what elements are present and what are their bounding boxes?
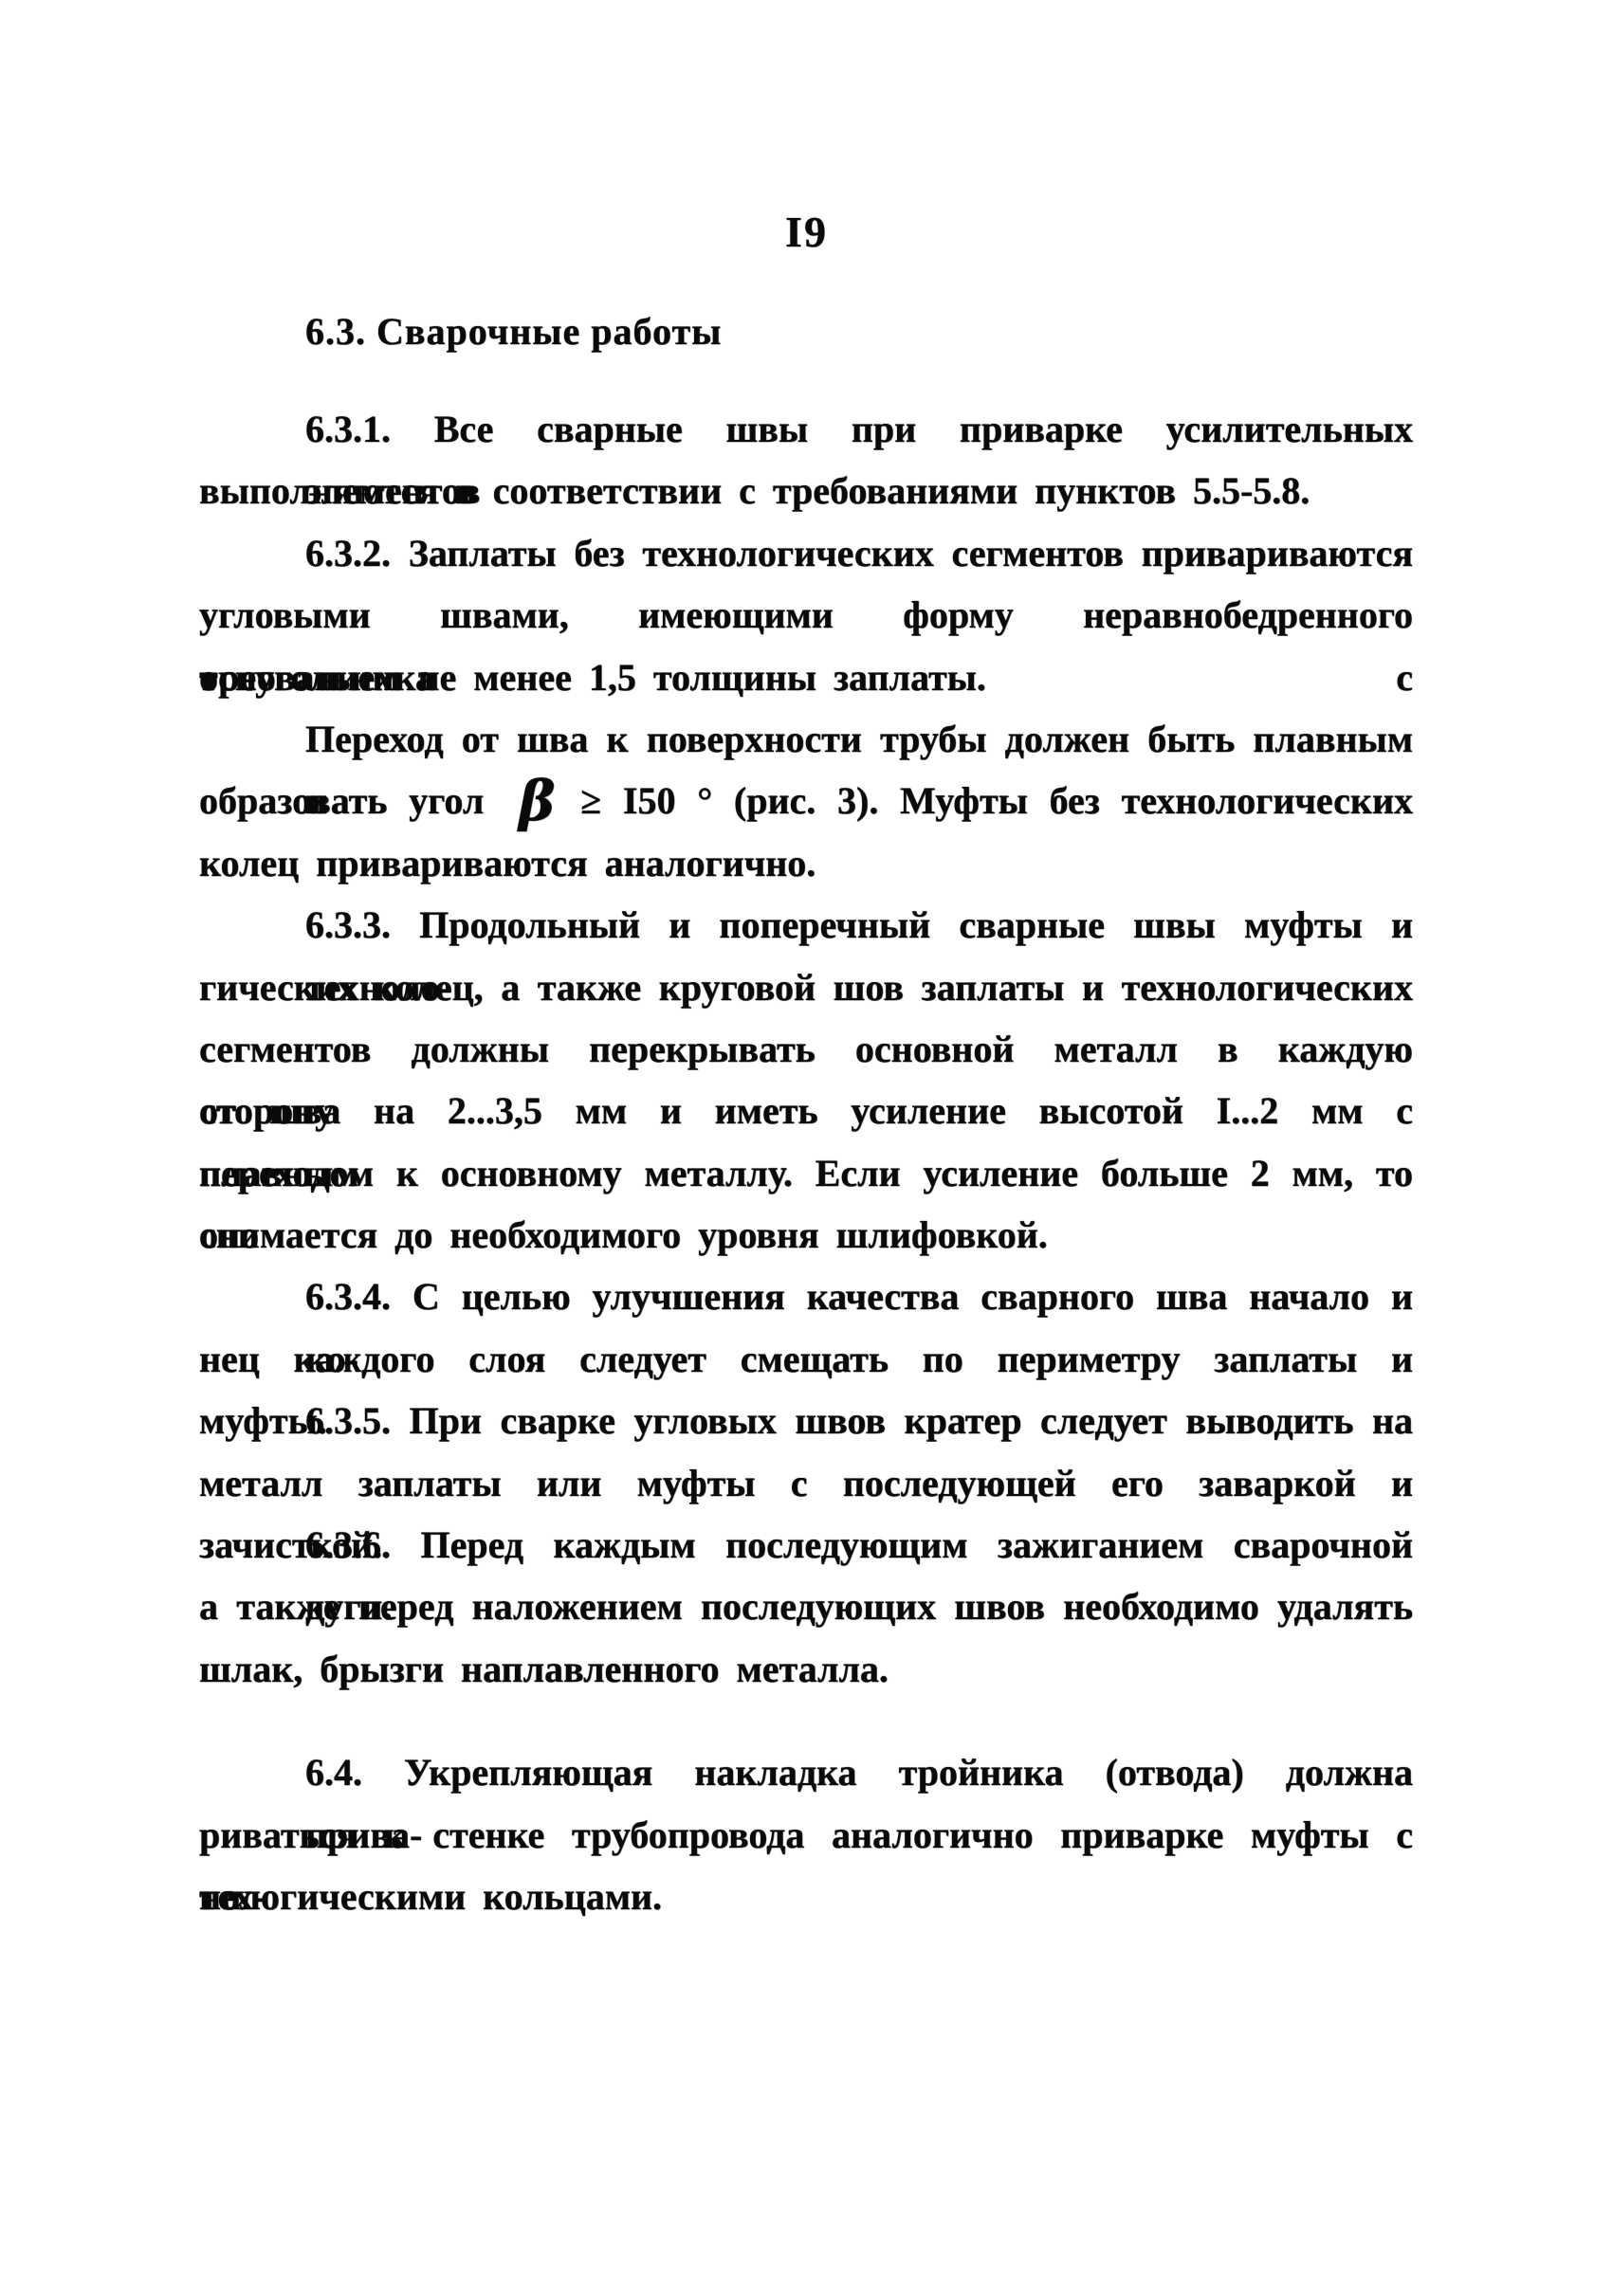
section-heading: 6.3. Сварочные работы	[305, 309, 722, 354]
page-number: I9	[0, 207, 1613, 257]
text-line: колец привариваются аналогично.	[199, 832, 1413, 894]
text-line: 6.3.6. Перед каждым последующим зажигани…	[199, 1514, 1413, 1576]
document-body: 6.3.1. Все сварные швы при приварке усил…	[199, 398, 1413, 1927]
text-line: переходом к основному металлу. Если усил…	[199, 1142, 1413, 1204]
text-line: 6.3.4. С целью улучшения качества сварно…	[199, 1266, 1413, 1327]
formula-prefix: образовать угол	[199, 779, 484, 822]
text-line: металл заплаты или муфты с последующей е…	[199, 1452, 1413, 1514]
text-line: снимается до необходимого уровня шлифовк…	[199, 1204, 1413, 1266]
text-line: риваться к стенке трубопровода аналогичн…	[199, 1804, 1413, 1866]
text-line: а также перед наложением последующих шво…	[199, 1576, 1413, 1637]
text-line: нец каждого слоя следует смещать по пери…	[199, 1328, 1413, 1390]
text-line: 6.3.3. Продольный и поперечный сварные ш…	[199, 894, 1413, 956]
text-line: нологическими кольцами.	[199, 1866, 1413, 1927]
formula-suffix: ≥ I50 ° (рис. 3). Муфты без технологичес…	[580, 779, 1413, 822]
scanned-document-page: I9 6.3. Сварочные работы 6.3.1. Все свар…	[0, 0, 1613, 2296]
text-line: угловыми швами, имеющими форму неравнобе…	[199, 584, 1413, 646]
text-line: 6.3.1. Все сварные швы при приварке усил…	[199, 398, 1413, 460]
text-line: от шва на 2...3,5 мм и иметь усиление вы…	[199, 1080, 1413, 1141]
text-line: выполняются в соответствии с требованиям…	[199, 460, 1413, 521]
text-line: сегментов должны перекрывать основной ме…	[199, 1018, 1413, 1080]
text-line: гических колец, а также круговой шов зап…	[199, 957, 1413, 1018]
text-line: 6.3.5. При сварке угловых швов кратер сл…	[199, 1390, 1413, 1451]
text-line: 6.3.2. Заплаты без технологических сегме…	[199, 522, 1413, 584]
text-line: 6.4. Укрепляющая накладка тройника (отво…	[199, 1741, 1413, 1803]
text-line: шлак, брызги наплавленного металла.	[199, 1638, 1413, 1700]
text-line: Переход от шва к поверхности трубы долже…	[199, 708, 1413, 770]
text-line-formula: образовать угол β ≥ I50 ° (рис. 3). Муфт…	[199, 770, 1413, 831]
